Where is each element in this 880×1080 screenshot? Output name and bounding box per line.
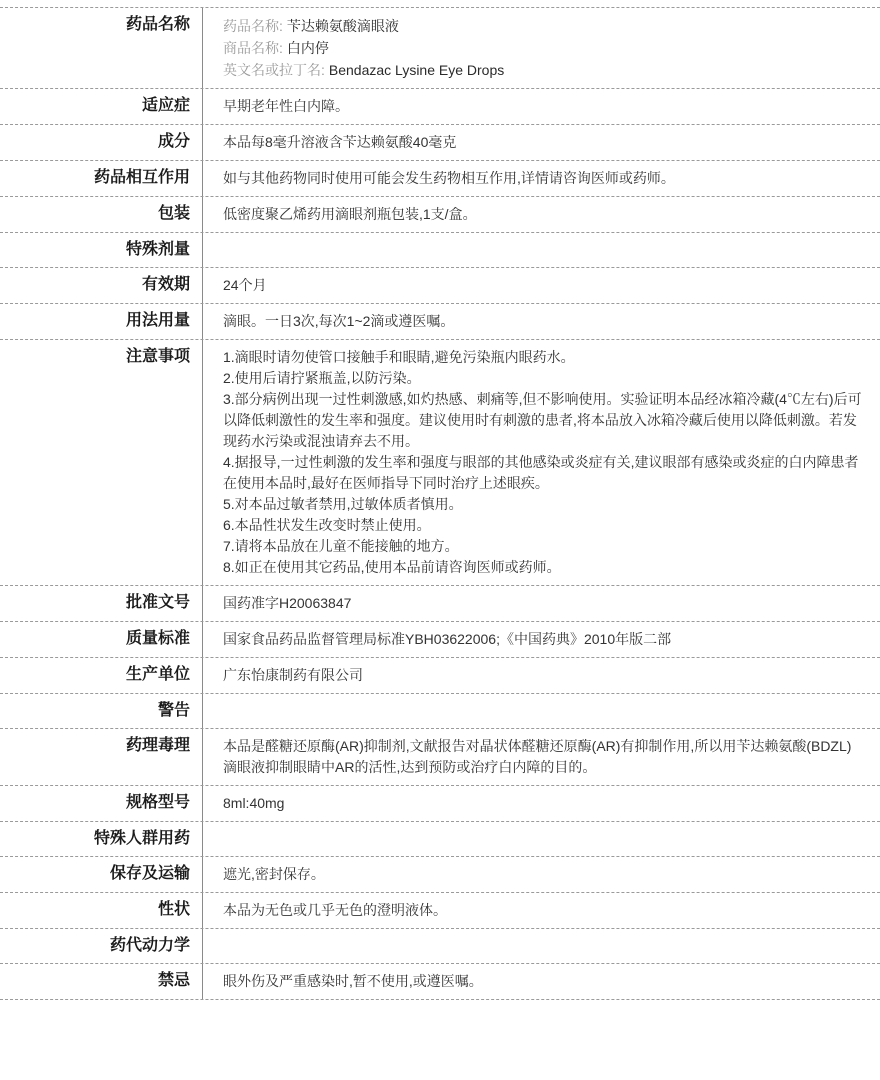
row-value: 滴眼。一日3次,每次1~2滴或遵医嘱。 <box>203 304 880 339</box>
table-row: 警告 <box>0 694 880 729</box>
precaution-item: 8.如正在使用其它药品,使用本品前请咨询医师或药师。 <box>223 557 864 578</box>
name-field-line: 商品名称:白内停 <box>223 37 864 59</box>
row-label: 禁忌 <box>0 964 203 999</box>
table-row: 成分 本品每8毫升溶液含苄达赖氨酸40毫克 <box>0 125 880 161</box>
row-label: 药品相互作用 <box>0 161 203 196</box>
name-field-line: 药品名称:苄达赖氨酸滴眼液 <box>223 15 864 37</box>
table-row: 规格型号 8ml:40mg <box>0 786 880 822</box>
field-key: 药品名称: <box>223 18 283 34</box>
row-value: 本品为无色或几乎无色的澄明液体。 <box>203 893 880 928</box>
precaution-item: 1.滴眼时请勿使管口接触手和眼睛,避免污染瓶内眼药水。 <box>223 347 864 368</box>
row-value <box>203 929 880 963</box>
row-label: 生产单位 <box>0 658 203 693</box>
precaution-item: 5.对本品过敏者禁用,过敏体质者慎用。 <box>223 494 864 515</box>
table-row: 质量标准 国家食品药品监督管理局标准YBH03622006;《中国药典》2010… <box>0 622 880 658</box>
row-value <box>203 822 880 856</box>
row-label: 成分 <box>0 125 203 160</box>
row-value <box>203 694 880 728</box>
field-key: 商品名称: <box>223 40 283 56</box>
table-row: 药代动力学 <box>0 929 880 964</box>
table-row: 批准文号 国药准字H20063847 <box>0 586 880 622</box>
table-row: 有效期 24个月 <box>0 268 880 304</box>
precaution-item: 2.使用后请拧紧瓶盖,以防污染。 <box>223 368 864 389</box>
row-value <box>203 233 880 267</box>
precaution-item: 4.据报导,一过性刺激的发生率和强度与眼部的其他感染或炎症有关,建议眼部有感染或… <box>223 452 864 494</box>
row-label: 药代动力学 <box>0 929 203 963</box>
row-label: 性状 <box>0 893 203 928</box>
row-value: 药品名称:苄达赖氨酸滴眼液商品名称:白内停英文名或拉丁名:Bendazac Ly… <box>203 8 880 88</box>
table-row: 适应症 早期老年性白内障。 <box>0 89 880 125</box>
row-value: 广东怡康制药有限公司 <box>203 658 880 693</box>
row-value: 24个月 <box>203 268 880 303</box>
row-label: 规格型号 <box>0 786 203 821</box>
table-row: 禁忌 眼外伤及严重感染时,暂不使用,或遵医嘱。 <box>0 964 880 1000</box>
field-value: 白内停 <box>287 40 329 56</box>
row-value: 早期老年性白内障。 <box>203 89 880 124</box>
precaution-item: 3.部分病例出现一过性刺激感,如灼热感、刺痛等,但不影响使用。实验证明本品经冰箱… <box>223 389 864 452</box>
row-label: 注意事项 <box>0 340 203 585</box>
table-row: 保存及运输 遮光,密封保存。 <box>0 857 880 893</box>
row-label: 适应症 <box>0 89 203 124</box>
field-value: Bendazac Lysine Eye Drops <box>329 62 504 78</box>
drug-information-page: 药品名称 药品名称:苄达赖氨酸滴眼液商品名称:白内停英文名或拉丁名:Bendaz… <box>0 0 880 1080</box>
precaution-item: 7.请将本品放在儿童不能接触的地方。 <box>223 536 864 557</box>
table-row: 药品名称 药品名称:苄达赖氨酸滴眼液商品名称:白内停英文名或拉丁名:Bendaz… <box>0 8 880 89</box>
row-value: 遮光,密封保存。 <box>203 857 880 892</box>
row-label: 用法用量 <box>0 304 203 339</box>
row-label: 药理毒理 <box>0 729 203 785</box>
row-label: 包装 <box>0 197 203 232</box>
row-label: 有效期 <box>0 268 203 303</box>
row-value: 国家食品药品监督管理局标准YBH03622006;《中国药典》2010年版二部 <box>203 622 880 657</box>
table-row: 特殊剂量 <box>0 233 880 268</box>
row-value: 国药准字H20063847 <box>203 586 880 621</box>
table-row: 特殊人群用药 <box>0 822 880 857</box>
row-value: 低密度聚乙烯药用滴眼剂瓶包装,1支/盒。 <box>203 197 880 232</box>
field-key: 英文名或拉丁名: <box>223 62 325 78</box>
row-value: 如与其他药物同时使用可能会发生药物相互作用,详情请咨询医师或药师。 <box>203 161 880 196</box>
drug-info-table: 药品名称 药品名称:苄达赖氨酸滴眼液商品名称:白内停英文名或拉丁名:Bendaz… <box>0 7 880 1000</box>
table-row: 性状 本品为无色或几乎无色的澄明液体。 <box>0 893 880 929</box>
field-value: 苄达赖氨酸滴眼液 <box>287 18 399 34</box>
table-row: 包装 低密度聚乙烯药用滴眼剂瓶包装,1支/盒。 <box>0 197 880 233</box>
row-label: 警告 <box>0 694 203 728</box>
name-field-line: 英文名或拉丁名:Bendazac Lysine Eye Drops <box>223 59 864 81</box>
row-value: 8ml:40mg <box>203 786 880 821</box>
row-label: 特殊人群用药 <box>0 822 203 856</box>
table-row: 药品相互作用 如与其他药物同时使用可能会发生药物相互作用,详情请咨询医师或药师。 <box>0 161 880 197</box>
precaution-item: 6.本品性状发生改变时禁止使用。 <box>223 515 864 536</box>
row-label: 批准文号 <box>0 586 203 621</box>
row-value: 本品是醛糖还原酶(AR)抑制剂,文献报告对晶状体醛糖还原酶(AR)有抑制作用,所… <box>203 729 880 785</box>
row-label: 质量标准 <box>0 622 203 657</box>
row-value: 眼外伤及严重感染时,暂不使用,或遵医嘱。 <box>203 964 880 999</box>
table-row: 用法用量 滴眼。一日3次,每次1~2滴或遵医嘱。 <box>0 304 880 340</box>
table-row: 生产单位 广东怡康制药有限公司 <box>0 658 880 694</box>
row-label: 保存及运输 <box>0 857 203 892</box>
table-row: 药理毒理 本品是醛糖还原酶(AR)抑制剂,文献报告对晶状体醛糖还原酶(AR)有抑… <box>0 729 880 786</box>
row-label: 药品名称 <box>0 8 203 88</box>
row-label: 特殊剂量 <box>0 233 203 267</box>
row-value: 1.滴眼时请勿使管口接触手和眼睛,避免污染瓶内眼药水。2.使用后请拧紧瓶盖,以防… <box>203 340 880 585</box>
table-row: 注意事项 1.滴眼时请勿使管口接触手和眼睛,避免污染瓶内眼药水。2.使用后请拧紧… <box>0 340 880 586</box>
row-value: 本品每8毫升溶液含苄达赖氨酸40毫克 <box>203 125 880 160</box>
